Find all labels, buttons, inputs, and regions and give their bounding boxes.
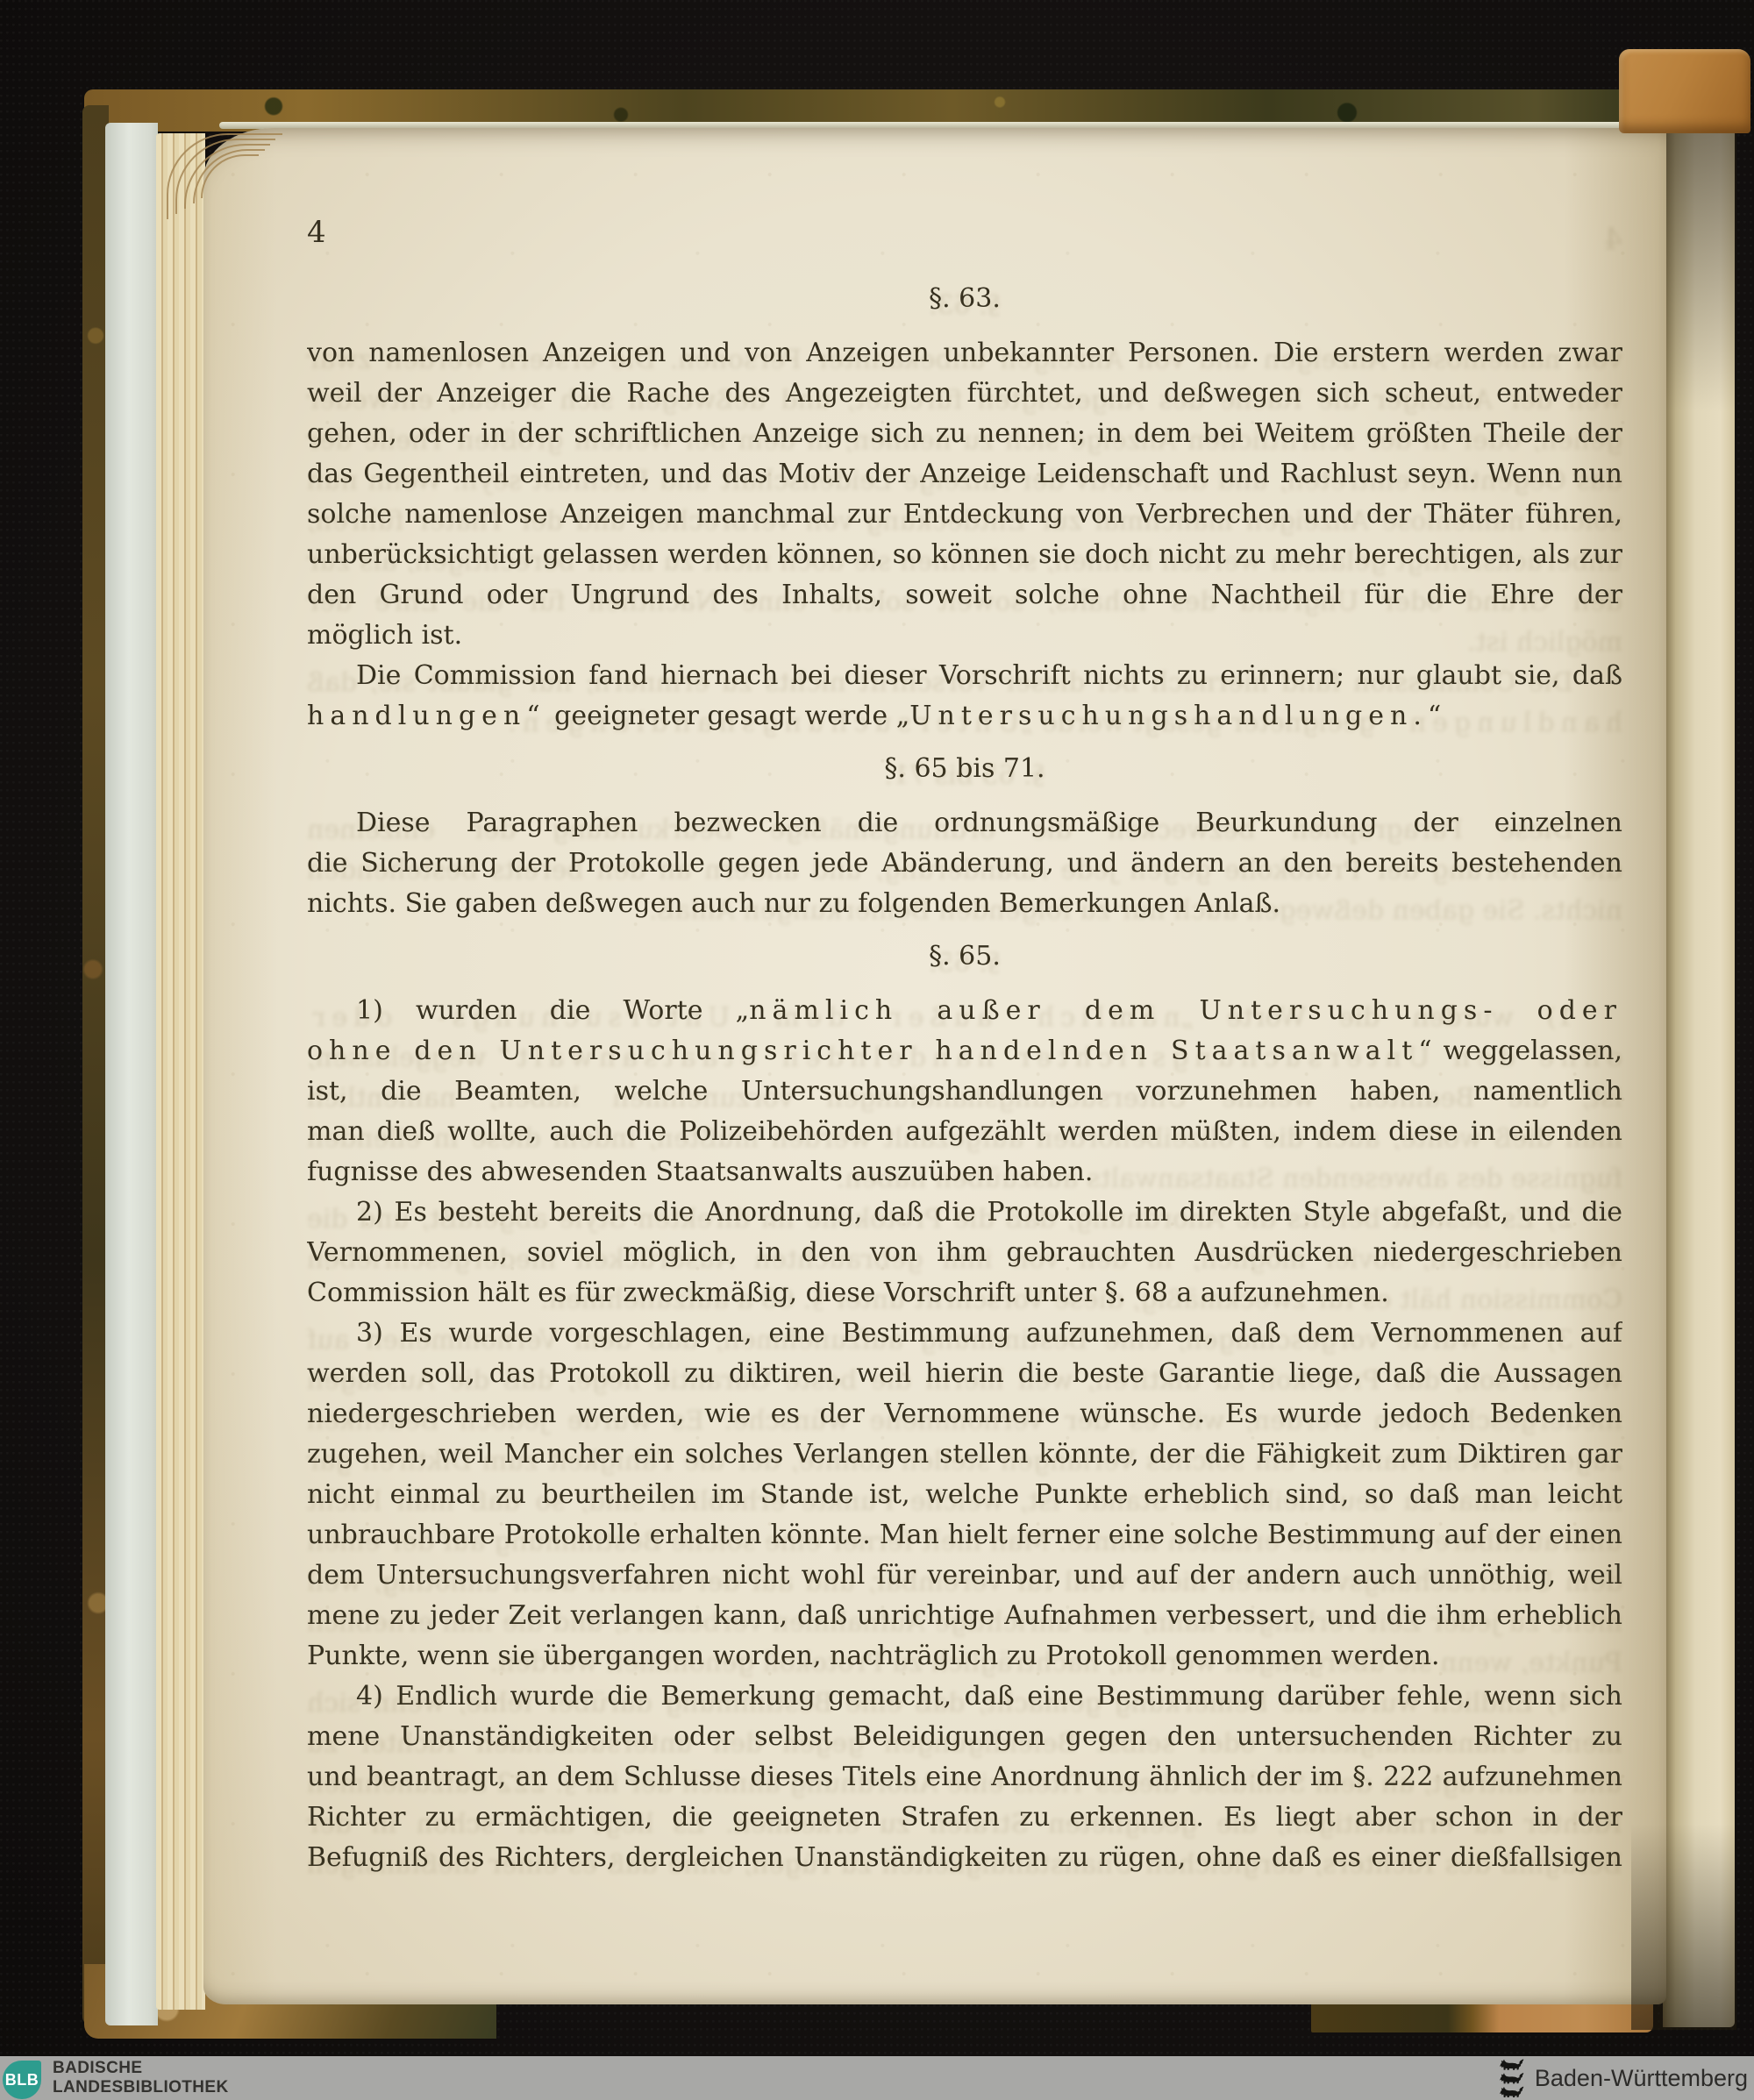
paragraph: 3) Es wurde vorgeschlagen, eine Bestimmu… bbox=[307, 1313, 1622, 1676]
text-line: und beantragt, an dem Schlusse dieses Ti… bbox=[307, 1757, 1622, 1797]
paragraph: Die Commission fand hiernach bei dieser … bbox=[307, 656, 1622, 737]
text-line: Befugniß des Richters, dergleichen Unans… bbox=[307, 1838, 1622, 1878]
page-number: 4 bbox=[307, 212, 1622, 244]
text-line: fugnisse des abwesenden Staatsanwalts au… bbox=[307, 1152, 1622, 1192]
text-line: unbrauchbare Protokolle erhalten könnte.… bbox=[307, 1515, 1622, 1555]
text-line: mene zu jeder Zeit verlangen kann, daß u… bbox=[307, 1596, 1622, 1636]
body-text: geeigneter gesagt werde „ bbox=[546, 701, 910, 731]
library-name: BADISCHE LANDESBIBLIOTHEK bbox=[53, 2059, 229, 2097]
flyleaf-page-edge bbox=[105, 123, 158, 2025]
body-text: dem Untersuchungsverfahren nicht wohl fü… bbox=[307, 1560, 1622, 1596]
text-line: niedergeschrieben werden, wie es der Ver… bbox=[307, 1394, 1622, 1434]
text-line: Commission hält es für zweckmäßig, diese… bbox=[307, 1273, 1622, 1313]
text-line: nichts. Sie gaben deßwegen auch nur zu f… bbox=[307, 884, 1622, 924]
body-text: 2) Es besteht bereits die Anordnung, daß… bbox=[307, 1197, 1622, 1233]
gutter-shadow-top bbox=[1666, 123, 1736, 412]
text-line: das Gegentheil eintreten, und das Motiv … bbox=[307, 454, 1622, 495]
leather-spine-corner bbox=[1619, 49, 1750, 133]
body-text: man dieß wollte, auch die Polizeibehörde… bbox=[307, 1116, 1622, 1152]
page-surface: 4 §. 63.von namenlosen Anzeigen und von … bbox=[203, 128, 1666, 2004]
text-line: zugehen, weil Mancher ein solches Verlan… bbox=[307, 1434, 1622, 1475]
library-name-line2: LANDESBIBLIOTHEK bbox=[53, 2078, 229, 2097]
section-heading: §. 65 bis 71. bbox=[307, 749, 1622, 789]
body-text: Befugniß des Richters, dergleichen Unans… bbox=[307, 1842, 1622, 1878]
body-text: nichts. Sie gaben deßwegen auch nur zu f… bbox=[307, 888, 1280, 919]
paragraph: Diese Paragraphen bezwecken die ordnungs… bbox=[307, 803, 1622, 924]
body-text: von namenlosen Anzeigen und von Anzeigen… bbox=[307, 338, 1622, 374]
text-line: 2) Es besteht bereits die Anordnung, daß… bbox=[307, 1192, 1622, 1233]
body-text: 4) Endlich wurde die Bemerkung gemacht, … bbox=[307, 1681, 1622, 1717]
body-text: möglich ist. bbox=[307, 620, 462, 651]
paragraph: von namenlosen Anzeigen und von Anzeigen… bbox=[307, 333, 1622, 656]
body-text: unbrauchbare Protokolle erhalten könnte.… bbox=[307, 1520, 1622, 1555]
text-line: möglich ist. bbox=[307, 616, 1622, 656]
section-heading: §. 63. bbox=[307, 279, 1622, 319]
footer-left-group: BLB BADISCHE LANDESBIBLIOTHEK bbox=[3, 2057, 229, 2099]
body-text: das Gegentheil eintreten, und das Motiv … bbox=[307, 459, 1622, 495]
text-line: handlungen“ geeigneter gesagt werde „Unt… bbox=[307, 696, 1622, 737]
library-name-line1: BADISCHE bbox=[53, 2059, 229, 2078]
text-line: Richter zu ermächtigen, die geeigneten S… bbox=[307, 1797, 1622, 1838]
body-text: unberücksichtigt gelassen werden können,… bbox=[307, 539, 1622, 575]
body-text: werden soll, das Protokoll zu diktiren, … bbox=[307, 1358, 1622, 1394]
body-text: nicht einmal zu beurtheilen im Stande is… bbox=[307, 1479, 1622, 1515]
paragraph: 1) wurden die Worte „nämlich außer dem U… bbox=[307, 991, 1622, 1192]
text-line: solche namenlose Anzeigen manchmal zur E… bbox=[307, 495, 1622, 535]
body-text: Vernommenen, soviel möglich, in den von … bbox=[307, 1237, 1622, 1273]
state-name: Baden-Württemberg bbox=[1535, 2067, 1748, 2090]
text-line: gehen, oder in der schriftlichen Anzeige… bbox=[307, 414, 1622, 454]
text-line: ist, die Beamten, welche Untersuchungsha… bbox=[307, 1071, 1622, 1112]
body-text: Richter zu ermächtigen, die geeigneten S… bbox=[307, 1802, 1622, 1838]
text-line: ohne den Untersuchungsrichter handelnden… bbox=[307, 1031, 1622, 1071]
body-text: Commission hält es für zweckmäßig, diese… bbox=[307, 1278, 1389, 1308]
page-stack-edges bbox=[156, 133, 205, 2010]
blb-logo-icon: BLB bbox=[3, 2061, 41, 2099]
paragraph: 4) Endlich wurde die Bemerkung gemacht, … bbox=[307, 1676, 1622, 1878]
body-text: solche namenlose Anzeigen manchmal zur E… bbox=[307, 499, 1622, 535]
text-line: man dieß wollte, auch die Polizeibehörde… bbox=[307, 1112, 1622, 1152]
text-line: 3) Es wurde vorgeschlagen, eine Bestimmu… bbox=[307, 1313, 1622, 1354]
letterspaced-text: Untersuchungshandlungen.“ bbox=[909, 701, 1447, 731]
text-line: die Sicherung der Protokolle gegen jede … bbox=[307, 844, 1622, 884]
body-text: und beantragt, an dem Schlusse dieses Ti… bbox=[307, 1762, 1622, 1797]
book-cover-bottom-edge bbox=[1311, 2003, 1653, 2032]
text-line: Die Commission fand hiernach bei dieser … bbox=[307, 656, 1622, 696]
body-text: ist, die Beamten, welche Untersuchungsha… bbox=[307, 1076, 1622, 1112]
body-text: niedergeschrieben werden, wie es der Ver… bbox=[307, 1399, 1622, 1434]
body-text: gehen, oder in der schriftlichen Anzeige… bbox=[307, 418, 1622, 454]
text-line: Diese Paragraphen bezwecken die ordnungs… bbox=[307, 803, 1622, 844]
baden-wuerttemberg-coat-of-arms-icon bbox=[1499, 2059, 1524, 2098]
footer-right-group: Baden-Württemberg bbox=[1499, 2059, 1748, 2098]
body-text: Diese Paragraphen bezwecken die ordnungs… bbox=[307, 808, 1622, 844]
body-text: fugnisse des abwesenden Staatsanwalts au… bbox=[307, 1157, 1093, 1187]
body-text: weil der Anzeiger die Rache des Angezeig… bbox=[307, 378, 1622, 414]
body-text: mene Unanständigkeiten oder selbst Belei… bbox=[307, 1721, 1622, 1757]
text-line: nicht einmal zu beurtheilen im Stande is… bbox=[307, 1475, 1622, 1515]
text-line: werden soll, das Protokoll zu diktiren, … bbox=[307, 1354, 1622, 1394]
gutter-shadow-bottom bbox=[1631, 1824, 1736, 2030]
text-line: den Grund oder Ungrund des Inhalts, sowe… bbox=[307, 575, 1622, 616]
body-text: 3) Es wurde vorgeschlagen, eine Bestimmu… bbox=[307, 1318, 1622, 1354]
text-line: unberücksichtigt gelassen werden können,… bbox=[307, 535, 1622, 575]
body-text: die Sicherung der Protokolle gegen jede … bbox=[307, 848, 1622, 884]
text-line: 4) Endlich wurde die Bemerkung gemacht, … bbox=[307, 1676, 1622, 1717]
body-text: Punkte, wenn sie übergangen worden, nach… bbox=[307, 1641, 1440, 1671]
text-line: mene Unanständigkeiten oder selbst Belei… bbox=[307, 1717, 1622, 1757]
text-line: von namenlosen Anzeigen und von Anzeigen… bbox=[307, 333, 1622, 374]
body-text: den Grund oder Ungrund des Inhalts, sowe… bbox=[307, 580, 1622, 616]
section-heading: §. 65. bbox=[307, 936, 1622, 977]
text-line: Punkte, wenn sie übergangen worden, nach… bbox=[307, 1636, 1622, 1676]
text-block: 4 §. 63.von namenlosen Anzeigen und von … bbox=[307, 212, 1622, 1878]
paragraph: 2) Es besteht bereits die Anordnung, daß… bbox=[307, 1192, 1622, 1313]
body-text: mene zu jeder Zeit verlangen kann, daß u… bbox=[307, 1600, 1622, 1636]
text-line: Vernommenen, soviel möglich, in den von … bbox=[307, 1233, 1622, 1273]
letterspaced-text: ohne den Untersuchungsrichter handelnden… bbox=[307, 1036, 1418, 1066]
body-text: Die Commission fand hiernach bei dieser … bbox=[307, 660, 1622, 696]
library-footer-bar: BLB BADISCHE LANDESBIBLIOTHEK Baden-Würt… bbox=[0, 2056, 1754, 2100]
text-line: 1) wurden die Worte „nämlich außer dem U… bbox=[307, 991, 1622, 1031]
text-line: weil der Anzeiger die Rache des Angezeig… bbox=[307, 374, 1622, 414]
text-line: dem Untersuchungsverfahren nicht wohl fü… bbox=[307, 1555, 1622, 1596]
letterspaced-text: handlungen“ bbox=[307, 701, 546, 731]
body-text: 1) wurden die Worte „ bbox=[356, 995, 749, 1026]
body-text: zugehen, weil Mancher ein solches Verlan… bbox=[307, 1439, 1622, 1475]
